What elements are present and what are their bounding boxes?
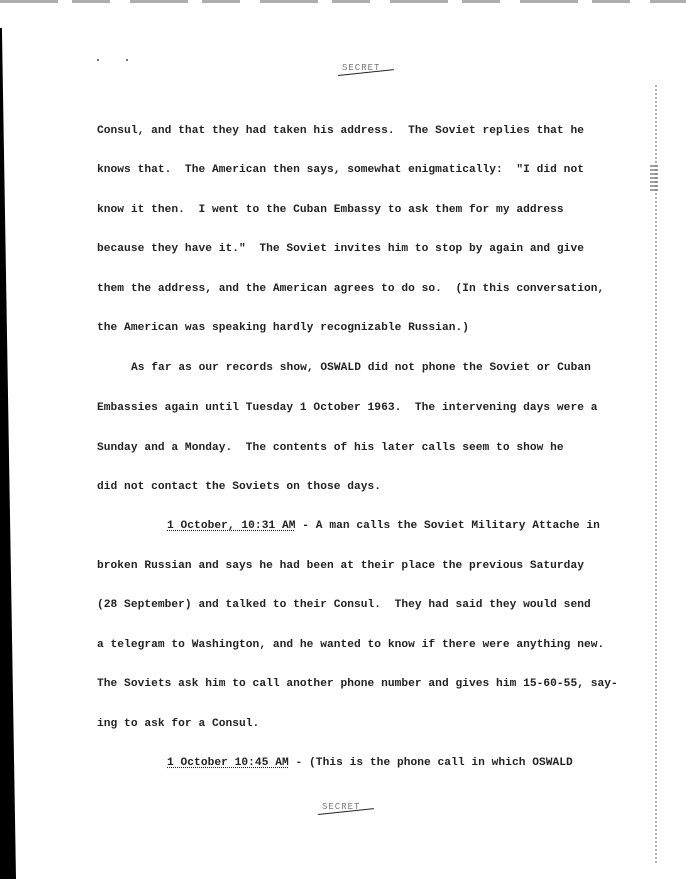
call-heading-rest: - A man calls the Soviet Military Attach… <box>296 520 600 532</box>
paragraph-4-first-line: 1 October 10:45 AM - (This is the phone … <box>167 756 573 770</box>
paragraph-1-line: them the address, and the American agree… <box>97 282 604 296</box>
paragraph-3-first-line: 1 October, 10:31 AM - A man calls the So… <box>167 519 600 533</box>
paragraph-1-line: the American was speaking hardly recogni… <box>97 321 469 335</box>
paragraph-3-line: (28 September) and talked to their Consu… <box>97 598 591 612</box>
paragraph-3-line: ing to ask for a Consul. <box>97 717 259 731</box>
scan-right-edge <box>655 85 657 865</box>
scan-left-edge <box>0 28 16 879</box>
paragraph-2-line: As far as our records show, OSWALD did n… <box>131 361 591 375</box>
paragraph-3-line: The Soviets ask him to call another phon… <box>97 677 618 691</box>
paragraph-2-line: did not contact the Soviets on those day… <box>97 480 381 494</box>
paragraph-3-line: a telegram to Washington, and he wanted … <box>97 638 604 652</box>
call-heading-1031: 1 October, 10:31 AM <box>167 520 296 532</box>
scan-speck <box>126 59 128 61</box>
document-page: SECRET Consul, and that they had taken h… <box>0 0 686 879</box>
call-heading-1045: 1 October 10:45 AM <box>167 757 289 769</box>
classification-stamp-top: SECRET <box>342 64 380 73</box>
paragraph-3-line: broken Russian and says he had been at t… <box>97 559 584 573</box>
classification-stamp-bottom: SECRET <box>322 803 360 812</box>
call-heading-rest: - (This is the phone call in which OSWAL… <box>289 757 573 769</box>
scan-top-strip <box>0 0 686 3</box>
scan-speck <box>97 59 99 61</box>
scan-right-mark <box>650 165 658 193</box>
paragraph-1-line: Consul, and that they had taken his addr… <box>97 124 584 138</box>
paragraph-1-line: because they have it." The Soviet invite… <box>97 242 584 256</box>
paragraph-2-line: Embassies again until Tuesday 1 October … <box>97 401 598 415</box>
paragraph-1-line: know it then. I went to the Cuban Embass… <box>97 203 564 217</box>
paragraph-1-line: knows that. The American then says, some… <box>97 163 584 177</box>
paragraph-2-line: Sunday and a Monday. The contents of his… <box>97 441 564 455</box>
